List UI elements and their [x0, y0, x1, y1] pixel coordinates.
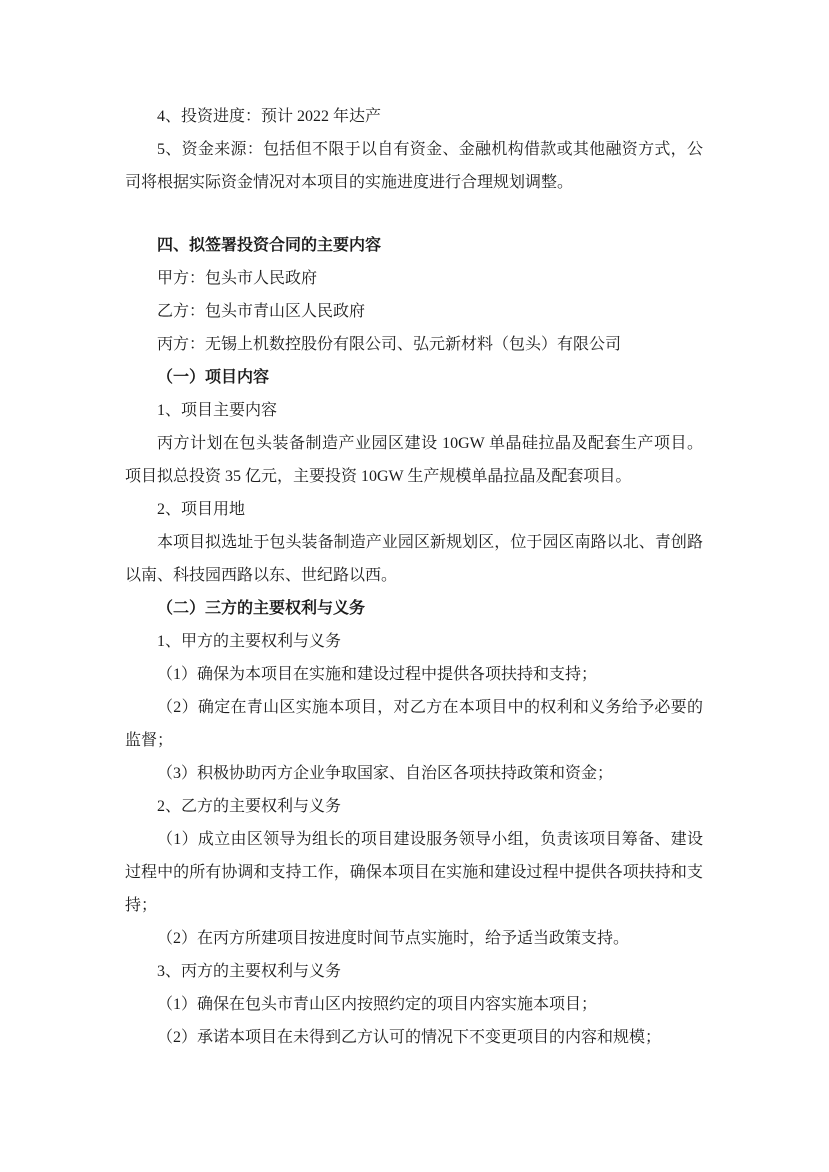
paragraph: 2、项目用地	[125, 493, 703, 526]
paragraph: 3、丙方的主要权利与义务	[125, 955, 703, 988]
section-heading: 四、拟签署投资合同的主要内容	[125, 229, 703, 262]
paragraph: 2、乙方的主要权利与义务	[125, 790, 703, 823]
paragraph: （3）积极协助丙方企业争取国家、自治区各项扶持政策和资金；	[125, 757, 703, 790]
section-heading: （二）三方的主要权利与义务	[125, 592, 703, 625]
paragraph: （2）确定在青山区实施本项目，对乙方在本项目中的权利和义务给予必要的监督；	[125, 691, 703, 757]
paragraph: 1、项目主要内容	[125, 394, 703, 427]
section-heading: （一）项目内容	[125, 361, 703, 394]
paragraph: 4、投资进度：预计 2022 年达产	[125, 100, 703, 133]
paragraph: （1）确保为本项目在实施和建设过程中提供各项扶持和支持；	[125, 658, 703, 691]
paragraph: 丙方：无锡上机数控股份有限公司、弘元新材料（包头）有限公司	[125, 328, 703, 361]
paragraph: （2）在丙方所建项目按进度时间节点实施时，给予适当政策支持。	[125, 922, 703, 955]
paragraph: 本项目拟选址于包头装备制造产业园区新规划区，位于园区南路以北、青创路以南、科技园…	[125, 526, 703, 592]
paragraph: 5、资金来源：包括但不限于以自有资金、金融机构借款或其他融资方式，公司将根据实际…	[125, 133, 703, 199]
document-page: 4、投资进度：预计 2022 年达产5、资金来源：包括但不限于以自有资金、金融机…	[0, 0, 829, 1172]
paragraph: （1）成立由区领导为组长的项目建设服务领导小组，负责该项目筹备、建设过程中的所有…	[125, 823, 703, 922]
paragraph: （1）确保在包头市青山区内按照约定的项目内容实施本项目；	[125, 988, 703, 1021]
paragraph: 1、甲方的主要权利与义务	[125, 625, 703, 658]
paragraph: 乙方：包头市青山区人民政府	[125, 295, 703, 328]
document-body: 4、投资进度：预计 2022 年达产5、资金来源：包括但不限于以自有资金、金融机…	[125, 100, 703, 1054]
paragraph: 丙方计划在包头装备制造产业园区建设 10GW 单晶硅拉晶及配套生产项目。项目拟总…	[125, 427, 703, 493]
paragraph: （2）承诺本项目在未得到乙方认可的情况下不变更项目的内容和规模；	[125, 1021, 703, 1054]
paragraph: 甲方：包头市人民政府	[125, 262, 703, 295]
